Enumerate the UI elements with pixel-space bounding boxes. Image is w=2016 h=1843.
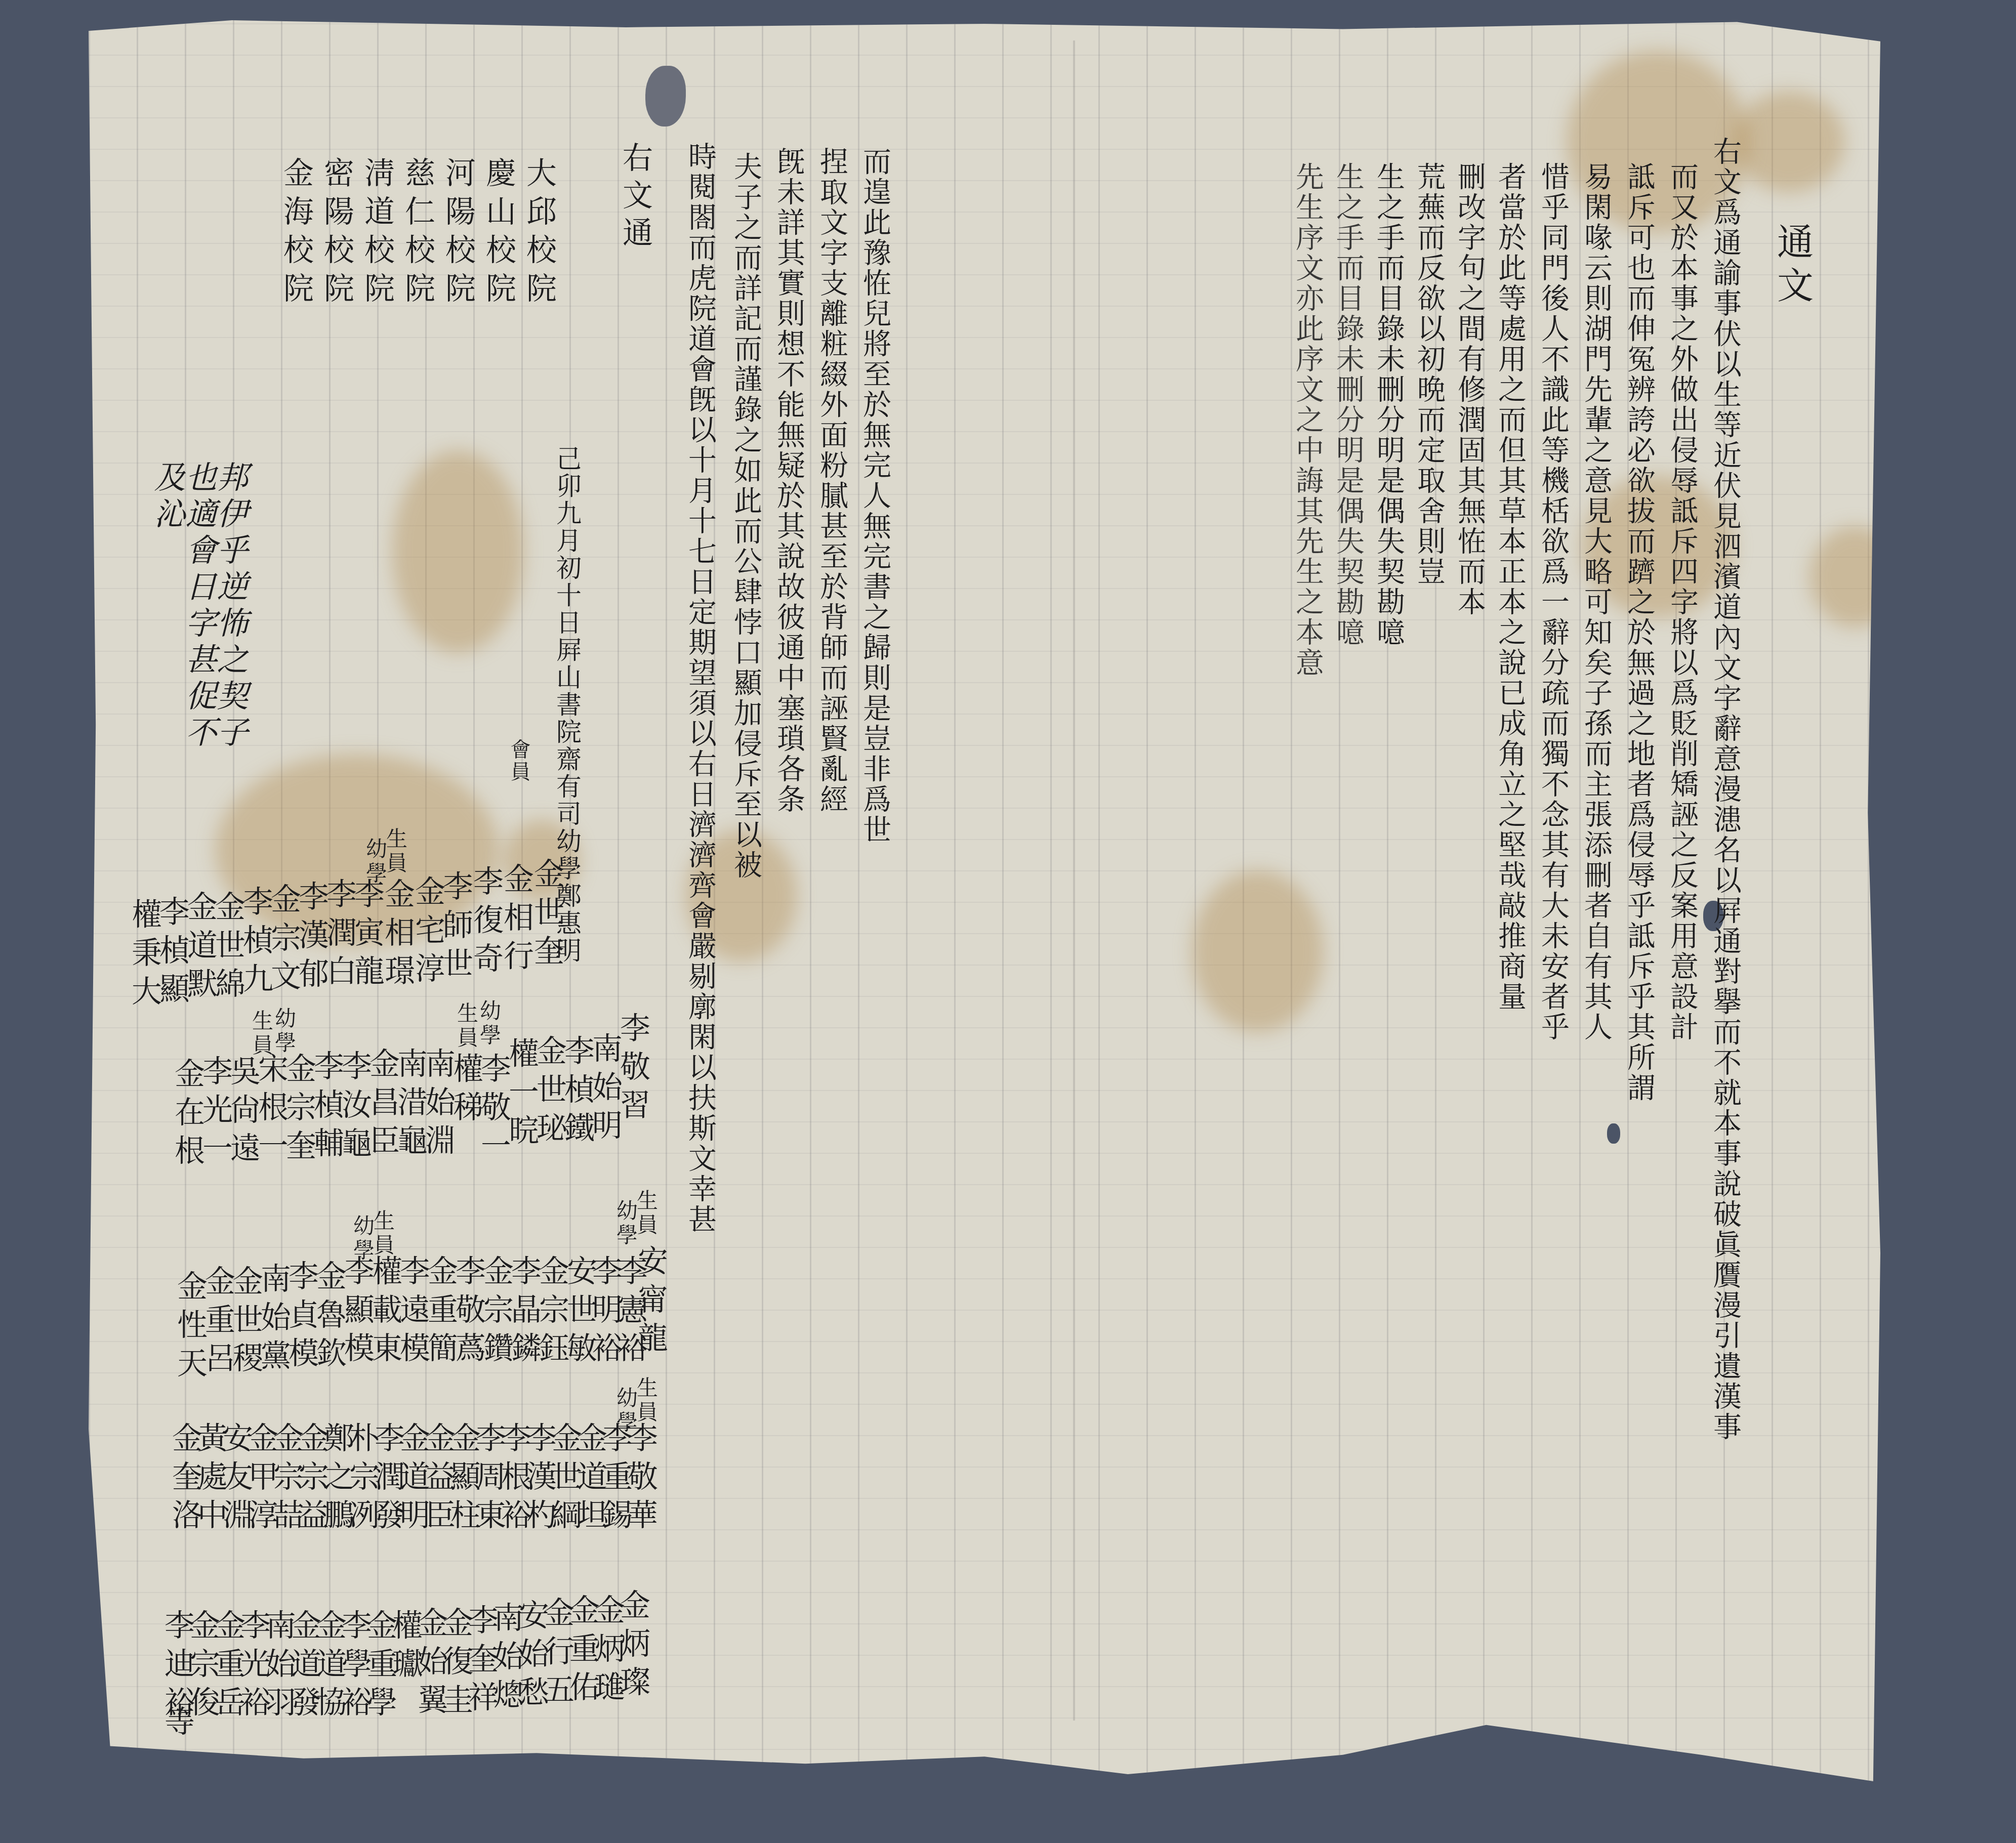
role-label: 生員 [372, 1209, 393, 1258]
signatory-name: 金性天 [175, 1270, 205, 1386]
recipient-3: 河陽校院 [443, 157, 473, 311]
signatory-name: 金在根 [172, 1058, 202, 1173]
role-label: 幼學 [273, 1007, 295, 1056]
recipient-1: 大邱校院 [524, 157, 554, 311]
closing-line: 時閱閤而虎院道會旣以十月十七日定期望須以右日濟濟齊會嚴剔廓閑以扶斯文幸甚 [686, 142, 714, 1235]
signatory-name: 金宅淳 [413, 875, 443, 991]
cursive-note: 邦伊乎逆怖之契子也適會日字甚促不及沁 [175, 460, 245, 774]
role-label: 生員 [635, 1376, 656, 1425]
body-column: 惜乎同門後人不識此等機栝欲爲一辭分疏而獨不念其有大未安者乎 [1539, 162, 1567, 1042]
center-fold [1073, 40, 1075, 1721]
body-column: 旣未詳其實則想不能無疑於其說故彼通中塞瑣各条 [774, 147, 803, 815]
water-stain [392, 450, 524, 653]
body-column: 先生序文亦此序文之中誨其先生之本意 [1293, 162, 1322, 678]
ink-blot [645, 66, 686, 127]
signatory-name: 金奎洛 [170, 1422, 200, 1537]
signatory-name: 金相行 [501, 863, 531, 978]
water-stain [1192, 870, 1324, 1032]
body-column: 生之手而目錄未刪分明是偶失契勘噫 [1334, 162, 1362, 648]
signatory-name: 權秉大 [129, 898, 159, 1014]
document-title: 通文 [1774, 223, 1811, 310]
role-label: 生員 [251, 1010, 272, 1058]
recipient-4: 慈仁校院 [402, 157, 433, 311]
water-stain [1734, 91, 1845, 192]
body-column: 右文爲通諭事伏以生等近伏見泗濱道內文字辭意漫漶名以屛通對擧而不就本事說破眞贋漫引… [1711, 137, 1739, 1442]
body-column: 荒蕪而反欲以初晩而定取舍則豈 [1415, 162, 1443, 587]
body-column: 刪改字句之間有修潤固其無恠而本 [1455, 162, 1484, 617]
body-column: 易閑喙云則湖門先輩之意見大略可知矣子孫而主張添刪者自有其人 [1582, 162, 1610, 1042]
role-label: 生員 [456, 1002, 477, 1051]
role-label: 幼學 [615, 1199, 636, 1248]
role-label: 生員 [635, 1189, 656, 1238]
signatory-name: 金相璟 [382, 878, 413, 993]
recipient-5: 淸道校院 [362, 157, 392, 311]
body-column: 而遑此豫恠兒將至於無完人無完書之歸則是豈非爲世 [860, 147, 889, 845]
document-paper: 通文 右文爲通諭事伏以生等近伏見泗濱道內文字辭意漫漶名以屛通對擧而不就本事說破眞… [89, 20, 1880, 1781]
role-label: 生員 [385, 827, 406, 876]
yuwen-label: 右文通 [620, 142, 650, 254]
hoewon-label: 會員 [509, 739, 529, 783]
signatory-name: 金世奎 [531, 858, 562, 973]
body-column: 詆斥可也而伸冤辨誇必欲拔而躋之於無過之地者爲侵辱乎詆斥乎其所謂 [1625, 162, 1653, 1103]
body-column: 捏取文字支離粧綴外面粉膩甚至於背師而誣賢亂經 [817, 147, 846, 815]
signatory-name: 李復奇 [471, 865, 501, 981]
recipient-6: 密陽校院 [321, 157, 352, 311]
recipient-7: 金海校院 [281, 157, 311, 311]
signatory-suffix: 等 [162, 1705, 192, 1744]
body-column: 而又於本事之外做出侵辱詆斥四字將以爲貶削矯誣之反案用意設計 [1668, 162, 1696, 1042]
role-label: 幼學 [478, 999, 500, 1048]
paper-hole [1607, 1123, 1620, 1144]
body-column: 生之手而目錄未刪分明是偶失契勘噫 [1374, 162, 1403, 648]
recipient-2: 慶山校院 [483, 157, 514, 311]
body-column: 夫子之而詳記而謹錄之如此而公肆悖口顯加侵斥至以被 [731, 152, 760, 881]
body-column: 者當於此等處用之而但其草本正本之說已成角立之堅哉敲推商量 [1496, 162, 1524, 1012]
